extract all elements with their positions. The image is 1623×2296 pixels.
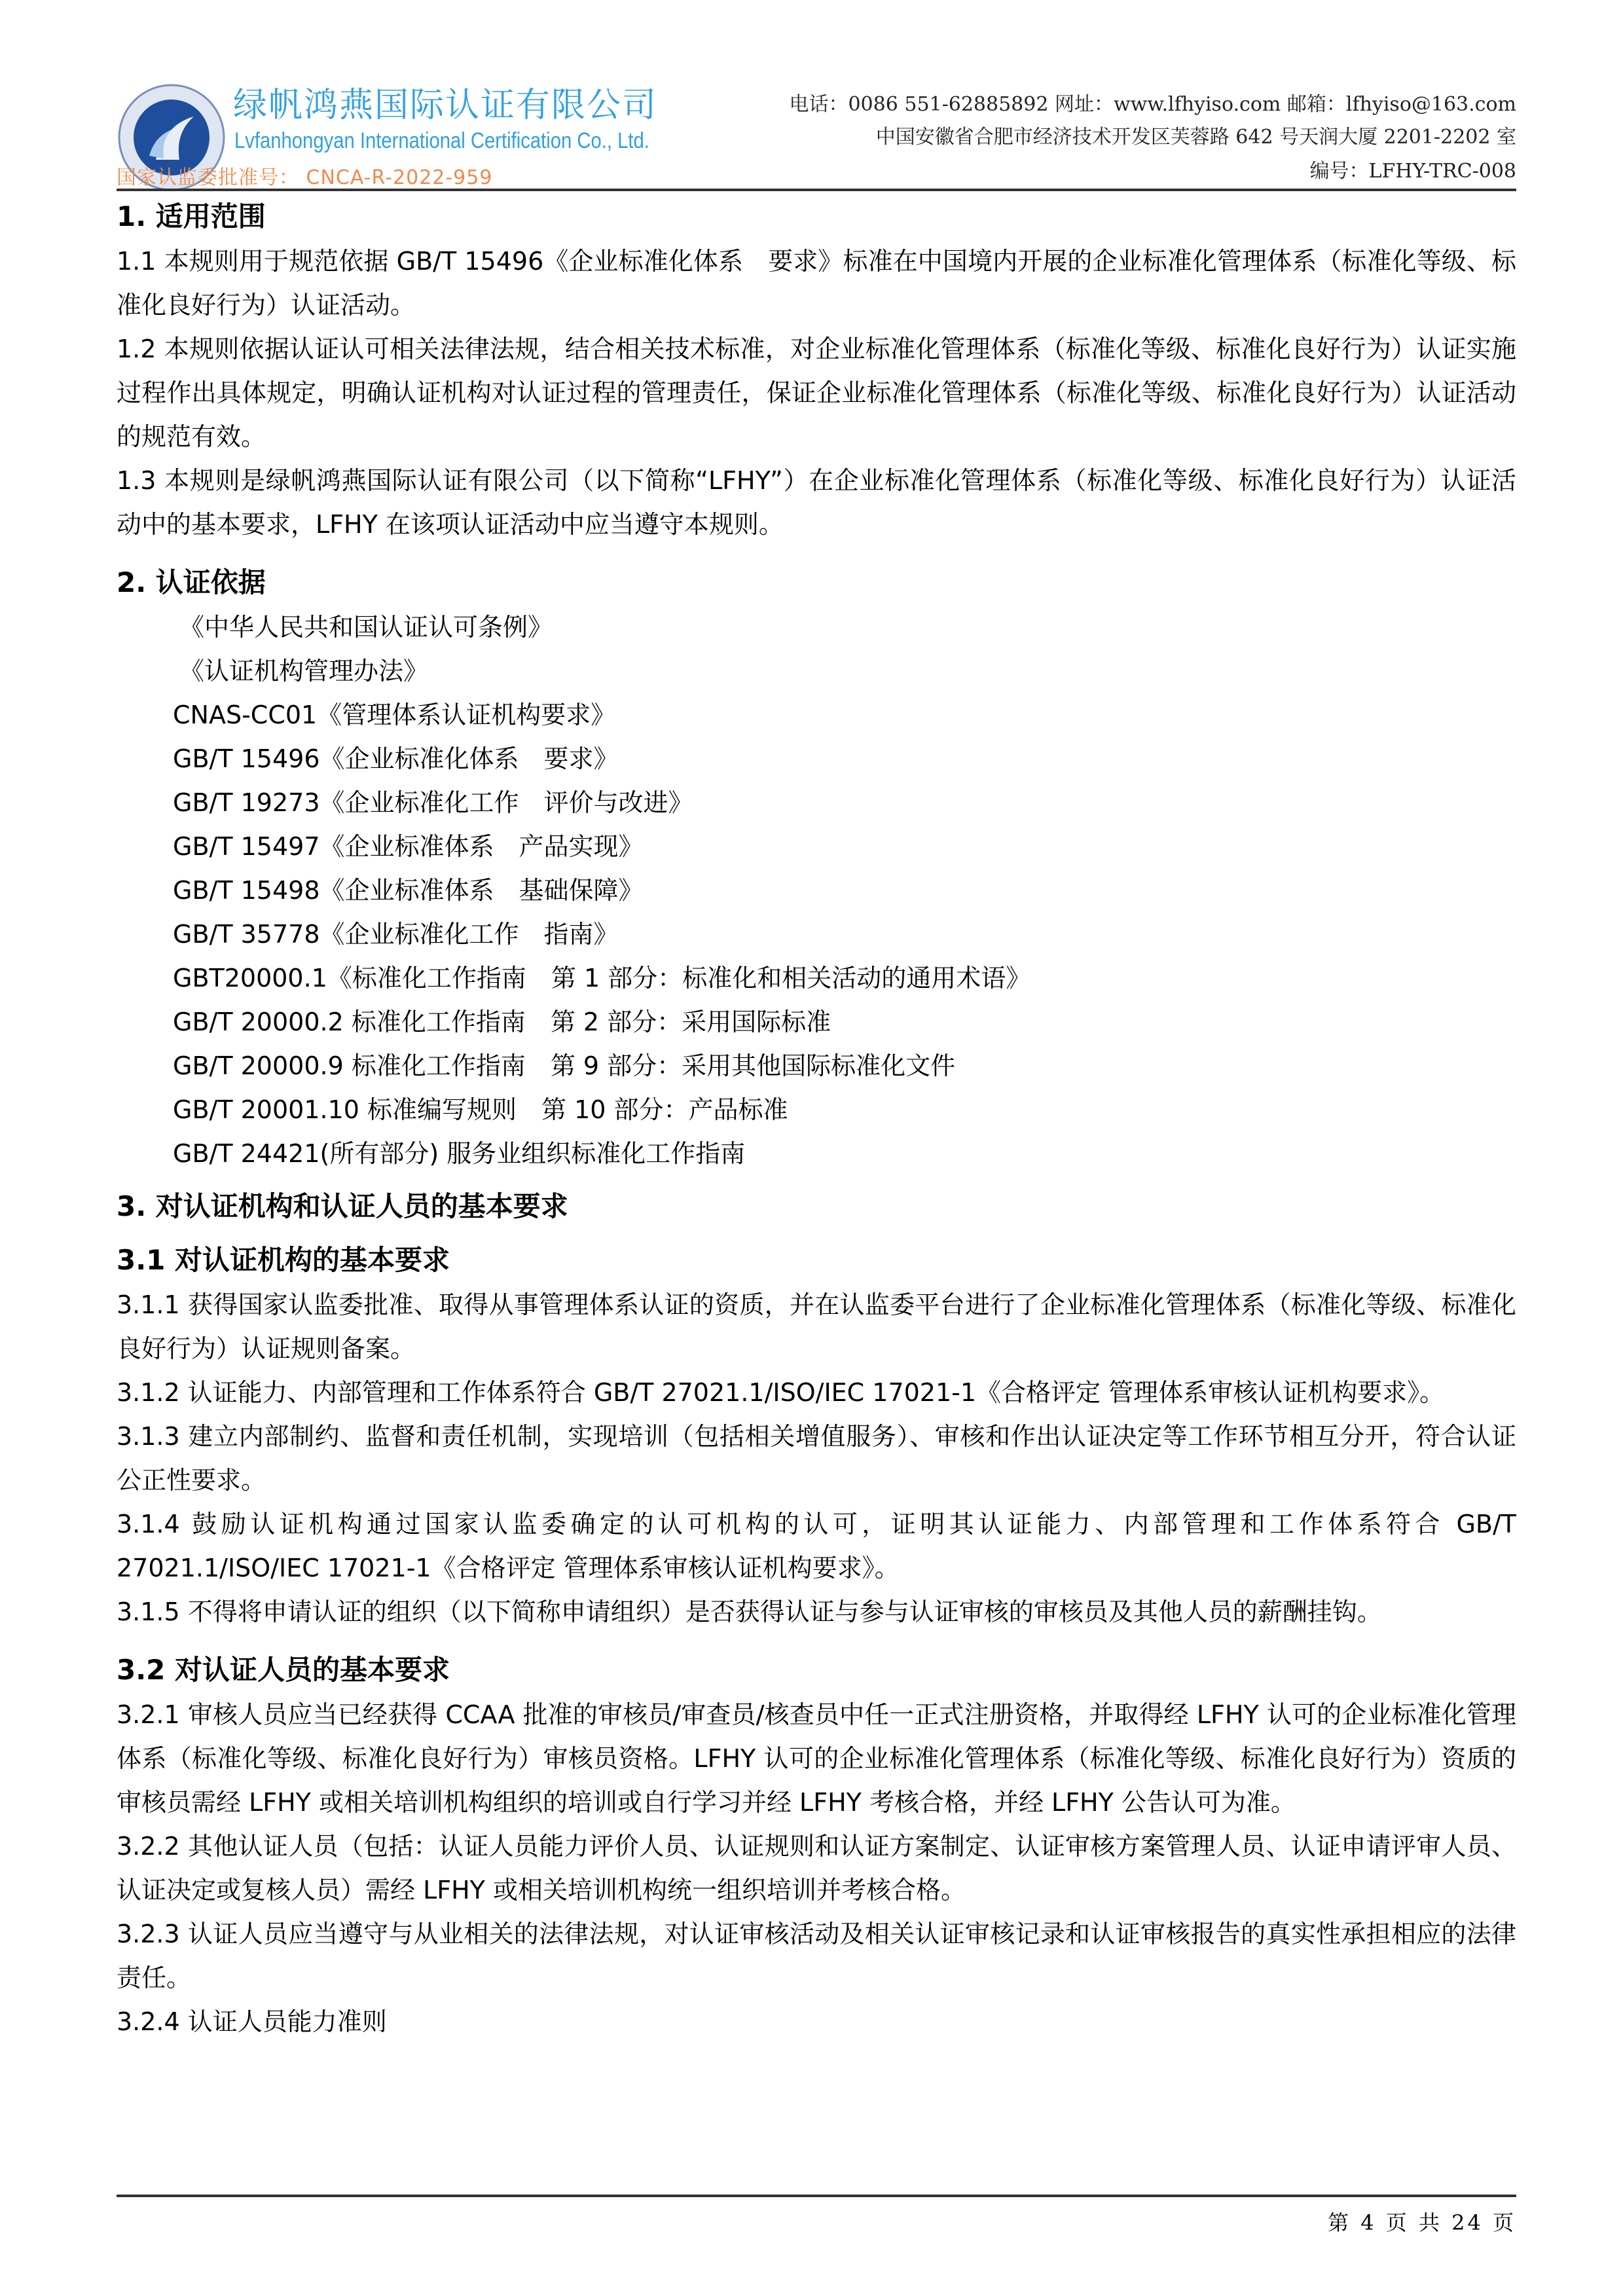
reference-item: GB/T 15498《企业标准体系 基础保障》: [117, 869, 1516, 913]
reference-item: GB/T 20001.10 标准编写规则 第 10 部分：产品标准: [117, 1088, 1516, 1132]
clause-3-2-4: 3.2.4 认证人员能力准则: [117, 2000, 1516, 2044]
reference-item: GBT20000.1《标准化工作指南 第 1 部分：标准化和相关活动的通用术语》: [117, 957, 1516, 1000]
section-3-title: 3. 对认证机构和认证人员的基本要求: [117, 1184, 1516, 1230]
contact-info: 电话：0086 551-62885892 网址：www.lfhyiso.com …: [789, 88, 1516, 117]
reference-item: GB/T 15496《企业标准化体系 要求》: [117, 737, 1516, 781]
clause-3-1-3: 3.1.3 建立内部制约、监督和责任机制，实现培训（包括相关增值服务）、审核和作…: [117, 1415, 1516, 1503]
section-3-2-title: 3.2 对认证人员的基本要求: [117, 1647, 1516, 1693]
reference-item: GB/T 20000.9 标准化工作指南 第 9 部分：采用其他国际标准化文件: [117, 1044, 1516, 1088]
letterhead: 绿帆鸿燕国际认证有限公司 Lvfanhongyan International …: [117, 77, 1516, 189]
clause-3-2-2: 3.2.2 其他认证人员（包括：认证人员能力评价人员、认证规则和认证方案制定、认…: [117, 1825, 1516, 1912]
header-divider: [117, 189, 1516, 191]
clause-1-1: 1.1 本规则用于规范依据 GB/T 15496《企业标准化体系 要求》标准在中…: [117, 240, 1516, 327]
clause-3-1-4: 3.1.4 鼓励认证机构通过国家认监委确定的认可机构的认可，证明其认证能力、内部…: [117, 1503, 1516, 1590]
clause-3-2-3: 3.2.3 认证人员应当遵守与从业相关的法律法规，对认证审核活动及相关认证审核记…: [117, 1912, 1516, 2000]
clause-3-1-5: 3.1.5 不得将申请认证的组织（以下简称申请组织）是否获得认证与参与认证审核的…: [117, 1590, 1516, 1634]
section-2-title: 2. 认证依据: [117, 560, 1516, 606]
clause-3-1-1: 3.1.1 获得国家认监委批准、取得从事管理体系认证的资质，并在认监委平台进行了…: [117, 1283, 1516, 1371]
company-name-cn: 绿帆鸿燕国际认证有限公司: [233, 77, 657, 126]
reference-item: GB/T 15497《企业标准体系 产品实现》: [117, 825, 1516, 869]
reference-item: GB/T 19273《企业标准化工作 评价与改进》: [117, 781, 1516, 825]
reference-item: GB/T 20000.2 标准化工作指南 第 2 部分：采用国际标准: [117, 1000, 1516, 1044]
section-1-title: 1. 适用范围: [117, 194, 1516, 240]
company-name-en: Lvfanhongyan International Certification…: [234, 128, 649, 154]
document-page: 绿帆鸿燕国际认证有限公司 Lvfanhongyan International …: [0, 0, 1623, 2296]
address: 中国安徽省合肥市经济技术开发区芙蓉路 642 号天润大厦 2201-2202 室: [876, 120, 1516, 149]
clause-1-2: 1.2 本规则依据认证认可相关法律法规，结合相关技术标准，对企业标准化管理体系（…: [117, 327, 1516, 459]
page-indicator: 第 4 页 共 24 页: [1328, 2206, 1516, 2236]
document-body: 1. 适用范围 1.1 本规则用于规范依据 GB/T 15496《企业标准化体系…: [117, 194, 1516, 2044]
document-number: 编号：LFHY-TRC-008: [1310, 155, 1516, 183]
reference-item: GB/T 24421(所有部分) 服务业组织标准化工作指南: [117, 1132, 1516, 1176]
reference-item: CNAS-CC01《管理体系认证机构要求》: [117, 693, 1516, 737]
reference-item: GB/T 35778《企业标准化工作 指南》: [117, 913, 1516, 957]
clause-3-1-2: 3.1.2 认证能力、内部管理和工作体系符合 GB/T 27021.1/ISO/…: [117, 1371, 1516, 1415]
approval-number: 国家认监委批准号： CNCA-R-2022-959: [117, 161, 492, 190]
clause-3-2-1: 3.2.1 审核人员应当已经获得 CCAA 批准的审核员/审查员/核查员中任一正…: [117, 1693, 1516, 1825]
section-3-1-title: 3.1 对认证机构的基本要求: [117, 1237, 1516, 1283]
reference-item: 《中华人民共和国认证认可条例》: [117, 606, 1516, 649]
clause-1-3: 1.3 本规则是绿帆鸿燕国际认证有限公司（以下简称“LFHY”）在企业标准化管理…: [117, 459, 1516, 547]
footer-divider: [117, 2195, 1516, 2197]
reference-item: 《认证机构管理办法》: [117, 649, 1516, 693]
